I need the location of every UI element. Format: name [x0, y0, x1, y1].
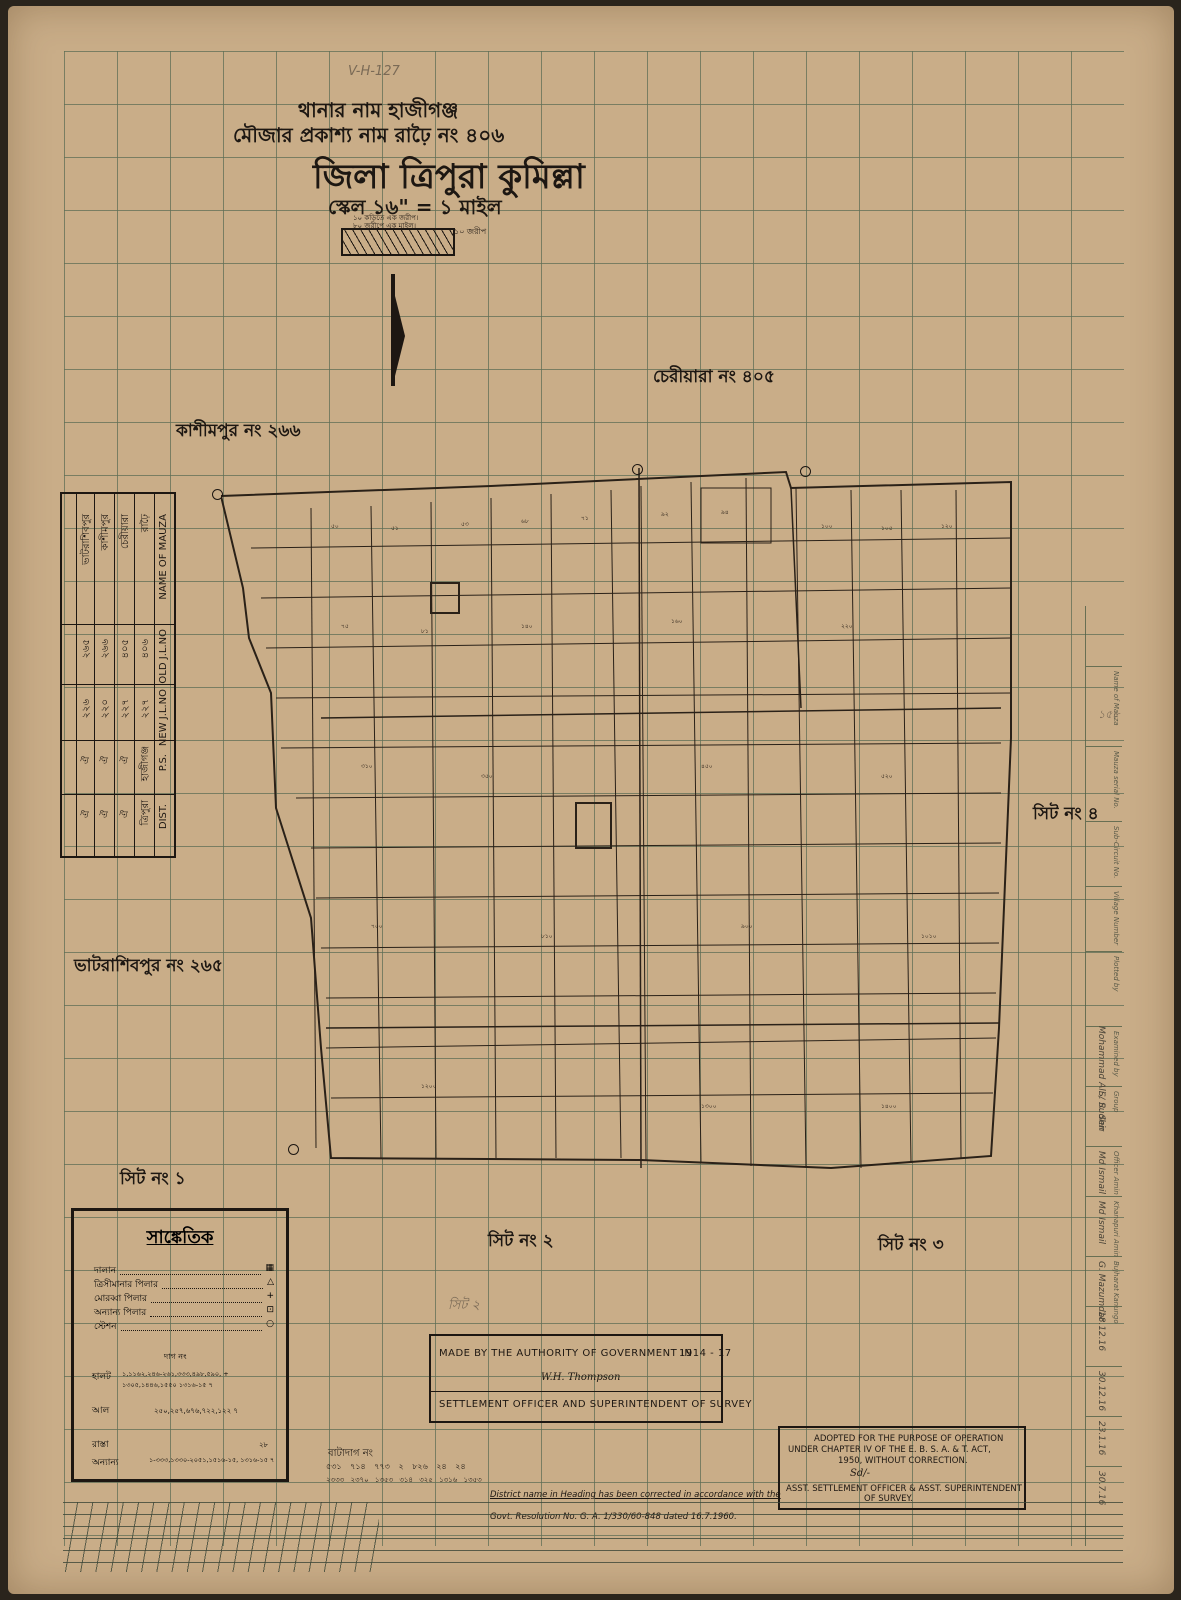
- svg-text:৫৩: ৫৩: [461, 521, 469, 528]
- parcel-boundaries: ৫০৫১৫৩ ৬৮৭১৯২ ৯৪১০০১০৫ ১২০৭৫৮১ ১৪০১৬০২২০…: [221, 468, 1031, 1176]
- table-header-name: NAME OF MAUZA: [158, 514, 169, 600]
- table-row-dist: ঐ: [98, 810, 115, 818]
- legend-halot-values: ১,১১৬২,২৪৬-২৬১,৩৩৩,৪৯৮,৫৯০, + ১৩০৫,১৪৪৬,…: [122, 1369, 282, 1391]
- square-pillar-icon: ⊡: [266, 1305, 274, 1320]
- svg-text:৯০০: ৯০০: [741, 923, 753, 930]
- svg-text:১০১০: ১০১০: [921, 933, 937, 940]
- pencil-note-right: ১৫৮: [1098, 706, 1119, 725]
- legend-aal-values: ২৫০,২৫৭,৬৭৬,৭২২,১২২ ৭: [154, 1405, 238, 1417]
- diagonal-scale: [63, 1502, 379, 1572]
- adjacent-mouza-north-east: চেরীয়ারা নং ৪০৫: [653, 364, 775, 392]
- table-row-new: ২২৬: [79, 699, 96, 719]
- authority-box: MADE BY THE AUTHORITY OF GOVERNMENT IN 1…: [429, 1334, 723, 1423]
- mouza-index-table: NAME OF MAUZA OLD J.L.NO NEW J.L.NO P.S.…: [60, 492, 176, 858]
- table-row-new: ২২০: [98, 699, 115, 719]
- svg-text:৩১০: ৩১০: [361, 763, 373, 770]
- svg-text:১২০: ১২০: [941, 523, 953, 530]
- footnote-line-1: District name in Heading has been correc…: [490, 1490, 781, 1500]
- adoption-line-3: 1950, WITHOUT CORRECTION.: [838, 1456, 968, 1466]
- legend-item-other-pillar: অন্যান্য পিলার⊡: [94, 1305, 274, 1320]
- legend-other-values: ১-৩৩৩,১৩৩০-২০৫১,১৫১৬-১৫, ১৩১৬-১৫ ৭: [149, 1455, 279, 1466]
- bata-dag-numerators: ৫৩১ ৭১৪ ৭৭৩ ২ ৮২৬ ২৪ ২৪: [326, 1461, 466, 1474]
- svg-text:৩৫০: ৩৫০: [481, 773, 493, 780]
- legend-title: সাঙ্কেতিক: [74, 1223, 286, 1254]
- table-row-ps: হাজীগঞ্জ: [138, 746, 155, 781]
- cross-pillar-icon: +: [266, 1291, 274, 1306]
- table-row-name: চেরীয়ারা: [118, 514, 135, 549]
- authority-year: 1914 - 17: [679, 1348, 732, 1359]
- adoption-line-1: ADOPTED FOR THE PURPOSE OF OPERATION: [814, 1434, 1003, 1444]
- table-row-dist: ঐ: [118, 810, 135, 818]
- table-row-old: ২৬৫: [79, 639, 96, 659]
- adoption-line-4: ASST. SETTLEMENT OFFICER & ASST. SUPERIN…: [786, 1484, 1022, 1494]
- table-row-name: ভাটরাশিবপুর: [79, 514, 96, 565]
- station-point-icon: [800, 466, 811, 477]
- legend-rasta-values: ২৮: [259, 1439, 268, 1451]
- svg-text:৯২: ৯২: [661, 511, 669, 518]
- svg-text:১২০০: ১২০০: [421, 1083, 437, 1090]
- mouza-title: মৌজার প্রকাশ্য নাম রাঢ়ৈ নং ৪০৬: [233, 121, 504, 154]
- svg-text:৭০০: ৭০০: [371, 923, 383, 930]
- cadastral-parcel-map[interactable]: ৫০৫১৫৩ ৬৮৭১৯২ ৯৪১০০১০৫ ১২০৭৫৮১ ১৪০১৬০২২০…: [221, 468, 1031, 1176]
- station-point-icon: [212, 489, 223, 500]
- legend-other-label: অন্যান্য: [92, 1455, 118, 1470]
- legend-aal-label: আল: [92, 1403, 109, 1418]
- station-circle-icon: ○: [266, 1319, 274, 1334]
- svg-text:১০০: ১০০: [821, 523, 833, 530]
- svg-text:৫২০: ৫২০: [881, 773, 893, 780]
- table-row-old: ৪০৫: [118, 639, 135, 658]
- svg-text:৫০: ৫০: [331, 523, 339, 530]
- svg-text:৭১: ৭১: [581, 515, 589, 522]
- table-row-dist: ঐ: [79, 810, 96, 818]
- table-row-ps: ঐ: [98, 756, 115, 764]
- adoption-box: ADOPTED FOR THE PURPOSE OF OPERATION UND…: [778, 1426, 1026, 1510]
- sheet-label-3: সিট নং ৩: [878, 1232, 944, 1260]
- table-row-name: কাশীমপুর: [98, 514, 115, 551]
- survey-record-strip: Name of Mauza Mauza serial No. Sub-Circu…: [1085, 606, 1122, 1546]
- table-row-old: ২৬৬: [98, 639, 115, 659]
- svg-text:১৪০০: ১৪০০: [881, 1103, 897, 1110]
- bata-dag-denominators: ২৩৩৩ ২৩৭০ ১৩৫৩ ৩১৪ ৩২৫ ১৩১৬ ১৩৫৩: [326, 1474, 482, 1486]
- table-row-new: ২২৭: [118, 699, 135, 719]
- pencil-note-sheet2: সিট ২: [448, 1296, 480, 1317]
- adoption-signature: Sd/-: [850, 1468, 870, 1479]
- scale-bar: [341, 228, 455, 256]
- svg-text:৯৪: ৯৪: [721, 509, 729, 516]
- authority-line-2: SETTLEMENT OFFICER AND SUPERINTENDENT OF…: [439, 1399, 752, 1410]
- legend-item-building: দালান▦: [94, 1263, 274, 1278]
- svg-text:৪৫০: ৪৫০: [701, 763, 713, 770]
- table-row-dist: ত্রিপুরা: [138, 800, 155, 825]
- svg-text:৫১: ৫১: [391, 525, 399, 532]
- building-icon: ▦: [265, 1263, 274, 1278]
- table-row-old: ৪০৬: [138, 639, 155, 659]
- legend-halot-label: হালট: [92, 1369, 111, 1384]
- sheet-label-1: সিট নং ১: [120, 1166, 186, 1194]
- svg-text:৬৮: ৬৮: [521, 518, 529, 525]
- svg-text:১৪০: ১৪০: [521, 623, 533, 630]
- scale-bar-label: ১০ জরীপ: [454, 226, 486, 239]
- adjacent-mouza-west: ভাটরাশিবপুর নং ২৬৫: [74, 953, 223, 981]
- sheet-label-2: সিট নং ২: [488, 1228, 554, 1256]
- svg-text:২২০: ২২০: [841, 623, 853, 630]
- legend-item-morabba-pillar: মোরব্বা পিলার+: [94, 1291, 274, 1306]
- pencil-note-top: V-H-127: [348, 64, 400, 79]
- legend-item-station: স্টেশন○: [94, 1319, 274, 1334]
- adjacent-mouza-north-west: কাশীমপুর নং ২৬৬: [176, 418, 301, 446]
- table-header-ps: P.S.: [158, 754, 169, 771]
- authority-signature: W.H. Thompson: [541, 1372, 620, 1383]
- table-row-new: ২২৭: [138, 699, 155, 719]
- svg-text:৭৫: ৭৫: [341, 623, 349, 630]
- north-arrow-head-icon: [395, 296, 405, 376]
- svg-text:১৩০০: ১৩০০: [701, 1103, 717, 1110]
- triangle-pillar-icon: △: [267, 1277, 274, 1292]
- svg-text:৮১০: ৮১০: [541, 933, 553, 940]
- legend-item-tri-junction-pillar: ত্রিসীমানার পিলার△: [94, 1277, 274, 1292]
- legend-dag-header: দাগ নং: [164, 1351, 187, 1364]
- legend-box: সাঙ্কেতিক দালান▦ ত্রিসীমানার পিলার△ মোরব…: [71, 1208, 289, 1482]
- map-sheet: থানার নাম হাজীগঞ্জ মৌজার প্রকাশ্য নাম রা…: [8, 6, 1174, 1594]
- table-row-ps: ঐ: [118, 756, 135, 764]
- station-point-icon: [632, 464, 643, 475]
- table-header-dist: DIST.: [158, 804, 169, 829]
- authority-line-1: MADE BY THE AUTHORITY OF GOVERNMENT IN: [439, 1348, 692, 1359]
- adoption-line-2: UNDER CHAPTER IV OF THE E. B. S. A. & T.…: [788, 1445, 991, 1455]
- svg-text:১০৫: ১০৫: [881, 525, 893, 532]
- legend-rasta-label: রাস্তা: [92, 1437, 109, 1452]
- svg-text:১৬০: ১৬০: [671, 618, 683, 625]
- svg-text:৮১: ৮১: [421, 628, 429, 635]
- table-row-name: রাঢ়ৈ: [138, 514, 155, 532]
- table-header-new-jl: NEW J.L.NO: [158, 689, 169, 746]
- table-header-old-jl: OLD J.L.NO: [158, 629, 169, 684]
- table-row-ps: ঐ: [79, 756, 96, 764]
- station-point-icon: [288, 1144, 299, 1155]
